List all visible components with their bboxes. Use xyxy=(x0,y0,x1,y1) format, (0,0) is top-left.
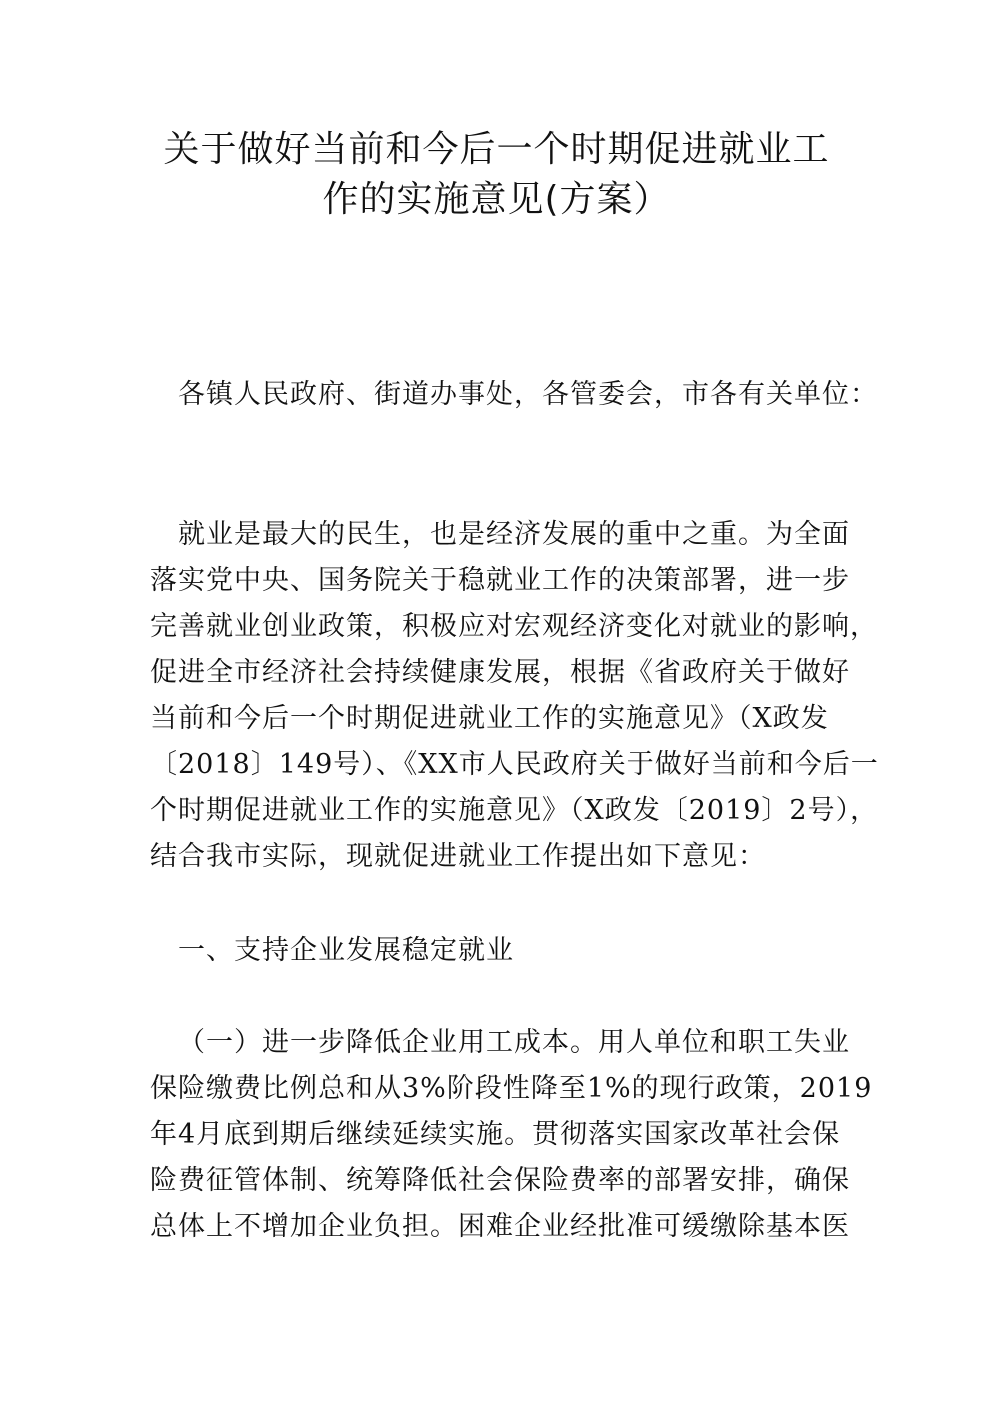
intro-line: 个时期促进就业工作的实施意见》（X政发〔2019〕2号）， xyxy=(150,788,840,834)
intro-line: 促进全市经济社会持续健康发展，根据《省政府关于做好 xyxy=(150,650,840,696)
intro-line: 就业是最大的民生，也是经济发展的重中之重。为全面 xyxy=(178,512,868,558)
document-title-line-2: 作的实施意见(方案） xyxy=(0,175,993,225)
document-title-line-1: 关于做好当前和今后一个时期促进就业工 xyxy=(0,125,993,175)
intro-line: 结合我市实际，现就促进就业工作提出如下意见： xyxy=(150,834,840,880)
intro-line: 当前和今后一个时期促进就业工作的实施意见》（X政发 xyxy=(150,696,840,742)
intro-line: 〔2018〕149号）、《XX市人民政府关于做好当前和今后一 xyxy=(150,742,840,788)
section1-line: 保险缴费比例总和从3%阶段性降至1%的现行政策，2019 xyxy=(150,1066,840,1112)
intro-line: 完善就业创业政策，积极应对宏观经济变化对就业的影响， xyxy=(150,604,840,650)
salutation: 各镇人民政府、街道办事处，各管委会，市各有关单位： xyxy=(178,372,868,418)
section1-line: （一）进一步降低企业用工成本。用人单位和职工失业 xyxy=(178,1020,868,1066)
section1-line: 险费征管体制、统筹降低社会保险费率的部署安排，确保 xyxy=(150,1158,840,1204)
section1-line: 总体上不增加企业负担。困难企业经批准可缓缴除基本医 xyxy=(150,1204,840,1250)
section-heading: 一、支持企业发展稳定就业 xyxy=(178,928,868,974)
intro-line: 落实党中央、国务院关于稳就业工作的决策部署，进一步 xyxy=(150,558,840,604)
section1-line: 年4月底到期后继续延续实施。贯彻落实国家改革社会保 xyxy=(150,1112,840,1158)
